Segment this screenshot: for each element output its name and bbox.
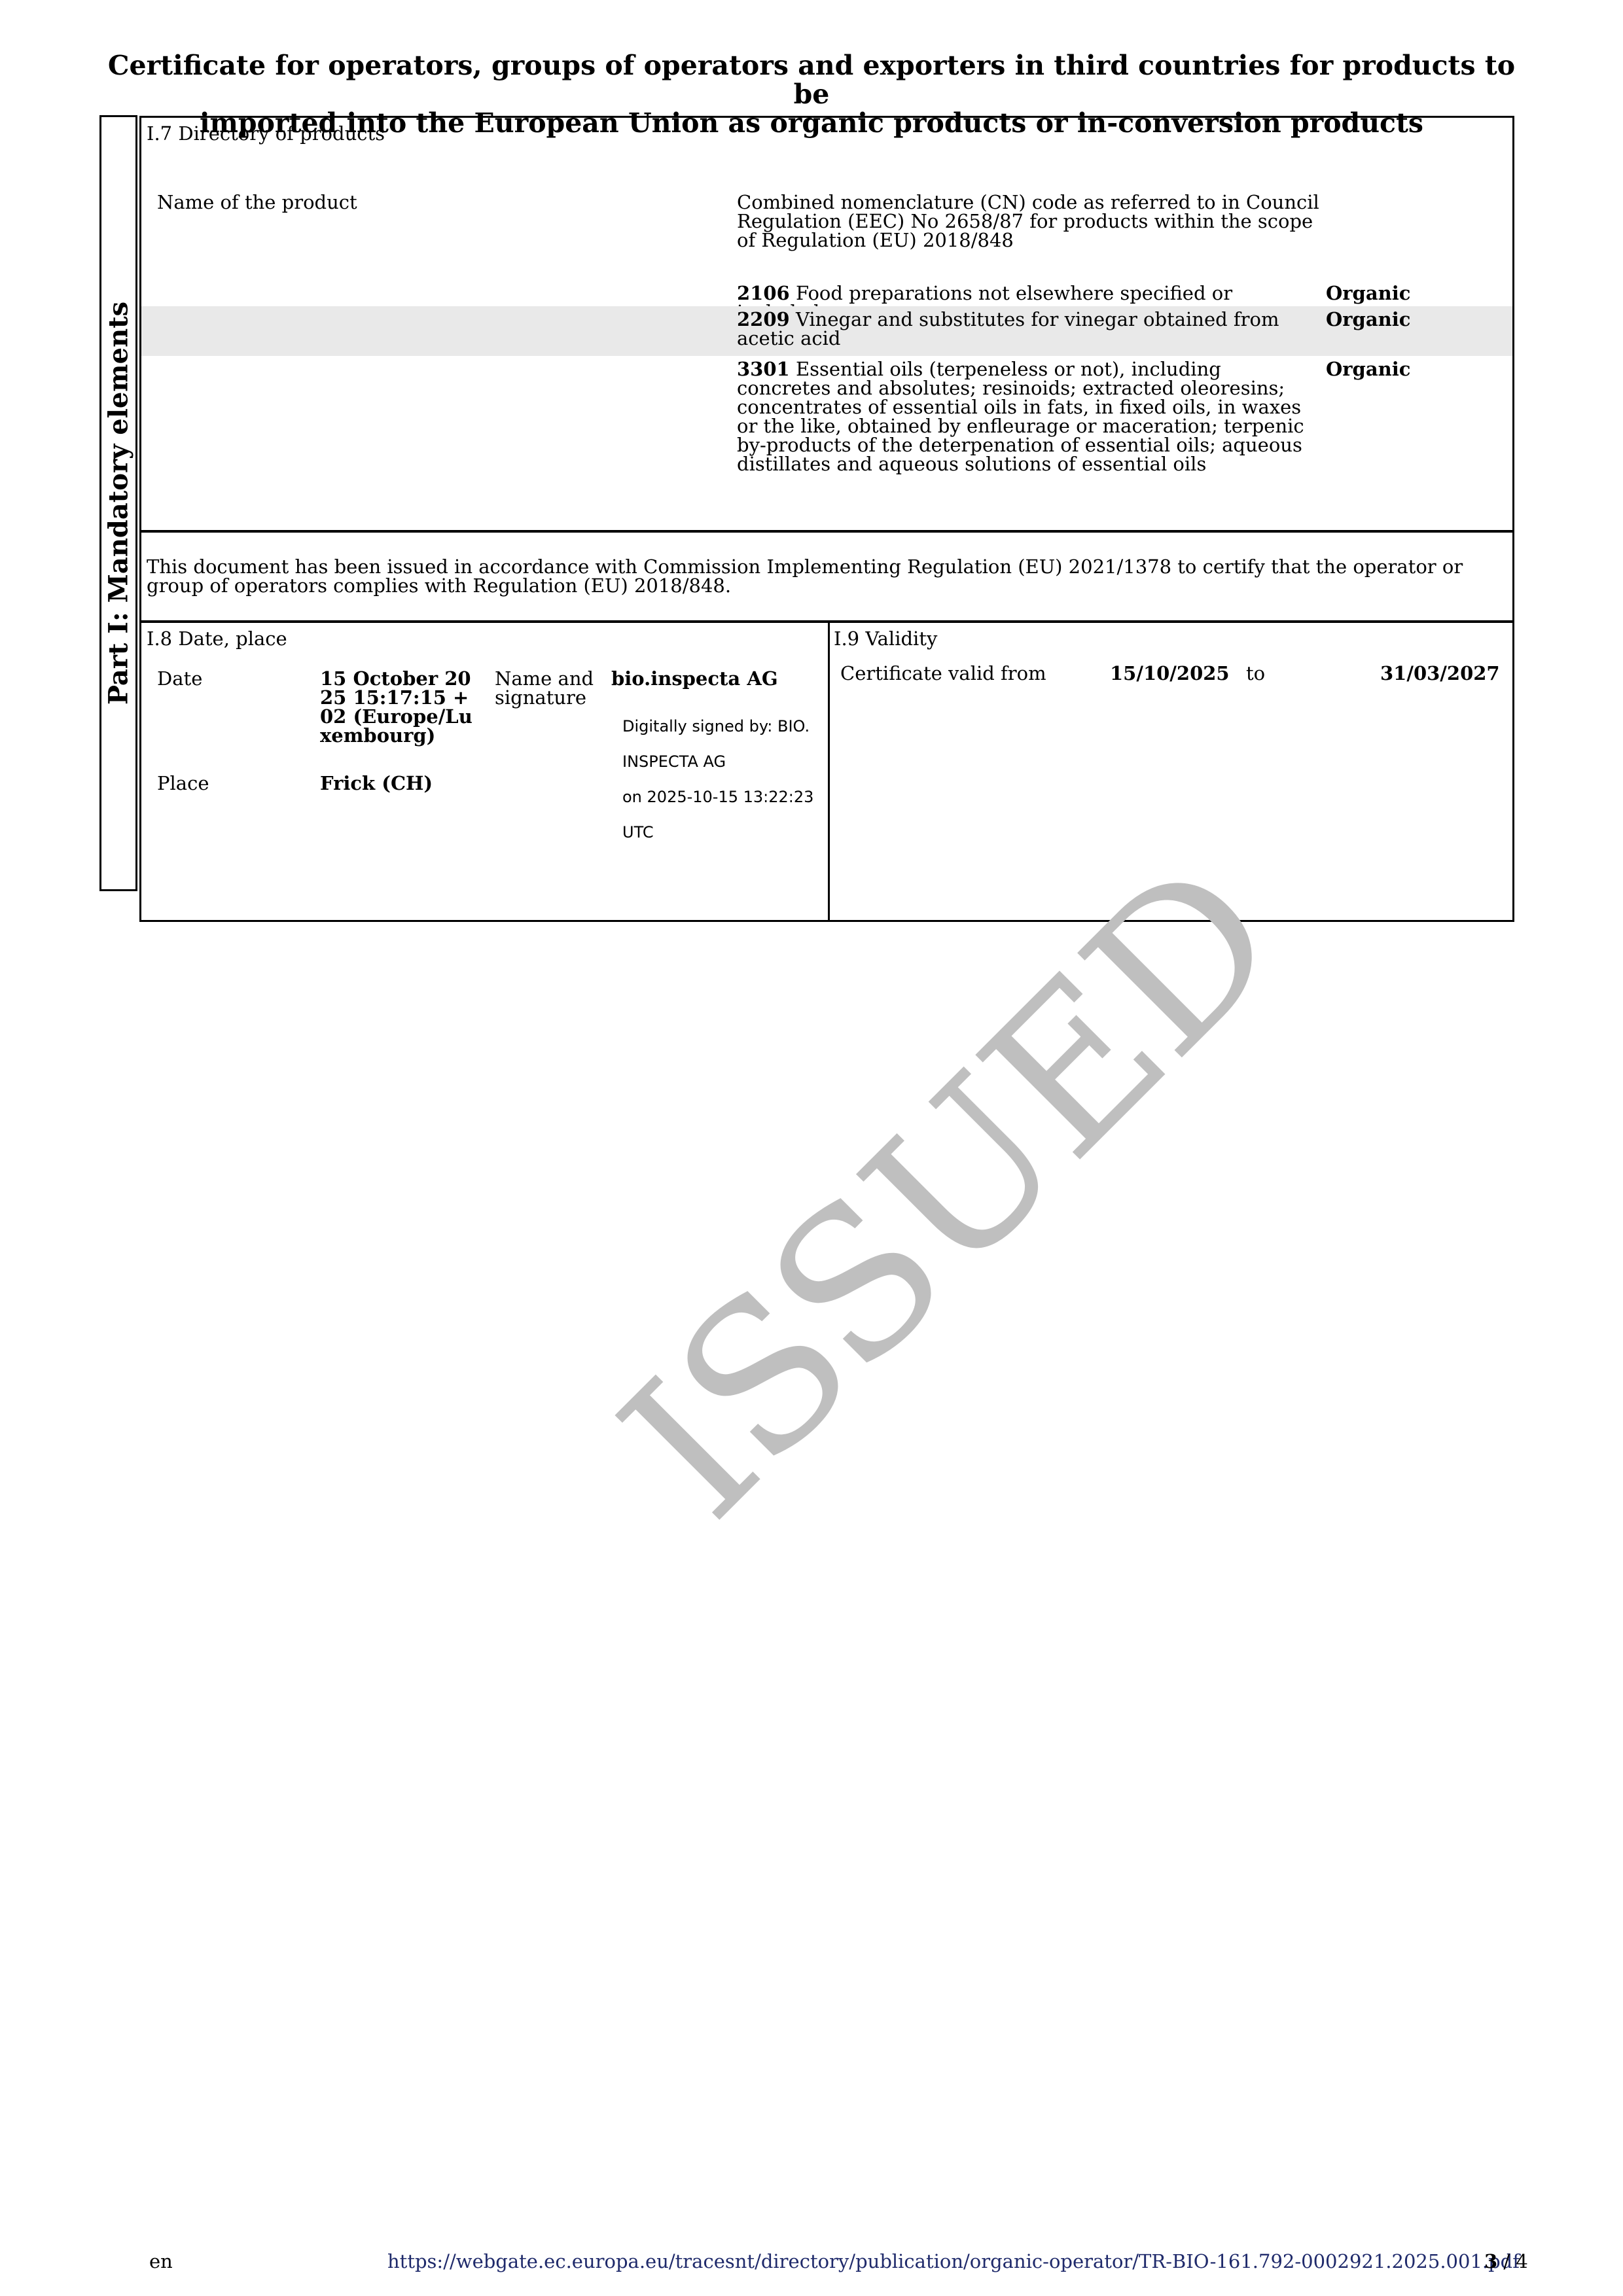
digital-signature-line: Digitally signed by: BIO. bbox=[622, 718, 810, 734]
page-total: 4 bbox=[1516, 2250, 1527, 2272]
date-label: Date bbox=[157, 669, 202, 688]
product-cn-text: Vinegar and substitutes for vinegar obta… bbox=[737, 308, 1279, 349]
directory-section-label: I.7 Directory of products bbox=[147, 123, 385, 144]
product-status: Organic bbox=[1326, 310, 1410, 329]
product-name-header: Name of the product bbox=[157, 193, 357, 212]
digital-signature-line: INSPECTA AG bbox=[622, 754, 726, 769]
place-value: Frick (CH) bbox=[320, 774, 433, 793]
cn-code-header: Combined nomenclature (CN) code as refer… bbox=[737, 193, 1319, 250]
product-cn-text: Essential oils (terpeneless or not), inc… bbox=[737, 358, 1304, 475]
divider bbox=[141, 620, 1512, 623]
product-status: Organic bbox=[1326, 360, 1410, 379]
digital-signature-line: UTC bbox=[622, 824, 654, 840]
footer-url[interactable]: https://webgate.ec.europa.eu/tracesnt/di… bbox=[387, 2251, 1520, 2272]
product-row: 3301 Essential oils (terpeneless or not)… bbox=[141, 356, 1512, 480]
part-label: Part I: Mandatory elements bbox=[103, 302, 134, 705]
certificate-title-line-1: Certificate for operators, groups of ope… bbox=[98, 51, 1525, 109]
certificate-table: I.7 Directory of products Name of the pr… bbox=[139, 116, 1514, 922]
valid-from-date: 15/10/2025 bbox=[1110, 664, 1230, 683]
compliance-statement: This document has been issued in accorda… bbox=[147, 557, 1495, 595]
divider bbox=[141, 530, 1512, 533]
page-separator: / bbox=[1503, 2250, 1510, 2272]
footer-url-link[interactable]: https://webgate.ec.europa.eu/tracesnt/di… bbox=[387, 2250, 1520, 2272]
valid-to-label: to bbox=[1246, 664, 1265, 683]
product-row: 2106 Food preparations not elsewhere spe… bbox=[141, 280, 1512, 306]
digital-signature-line: on 2025-10-15 13:22:23 bbox=[622, 789, 813, 805]
product-cn-description: 2209 Vinegar and substitutes for vinegar… bbox=[737, 310, 1319, 348]
signatory-name: bio.inspecta AG bbox=[611, 669, 778, 688]
date-value: 15 October 2025 15:17:15 +02 (Europe/Lux… bbox=[320, 669, 477, 745]
product-cn-description: 3301 Essential oils (terpeneless or not)… bbox=[737, 360, 1319, 474]
signature-label: Name and signature bbox=[495, 669, 599, 707]
footer-language: en bbox=[149, 2251, 173, 2272]
validity-section-label: I.9 Validity bbox=[834, 628, 937, 649]
column-divider bbox=[828, 622, 830, 920]
product-status: Organic bbox=[1326, 284, 1410, 303]
valid-from-label: Certificate valid from bbox=[840, 664, 1046, 683]
product-row: 2209 Vinegar and substitutes for vinegar… bbox=[141, 306, 1512, 356]
place-label: Place bbox=[157, 774, 209, 793]
date-place-section-label: I.8 Date, place bbox=[147, 628, 287, 649]
valid-to-date: 31/03/2027 bbox=[1380, 664, 1500, 683]
issued-watermark: ISSUED bbox=[579, 821, 1320, 1562]
page-current: 3 bbox=[1484, 2250, 1497, 2272]
part-label-panel: Part I: Mandatory elements bbox=[99, 115, 137, 891]
page-indicator: 3 / 4 bbox=[1484, 2251, 1528, 2272]
